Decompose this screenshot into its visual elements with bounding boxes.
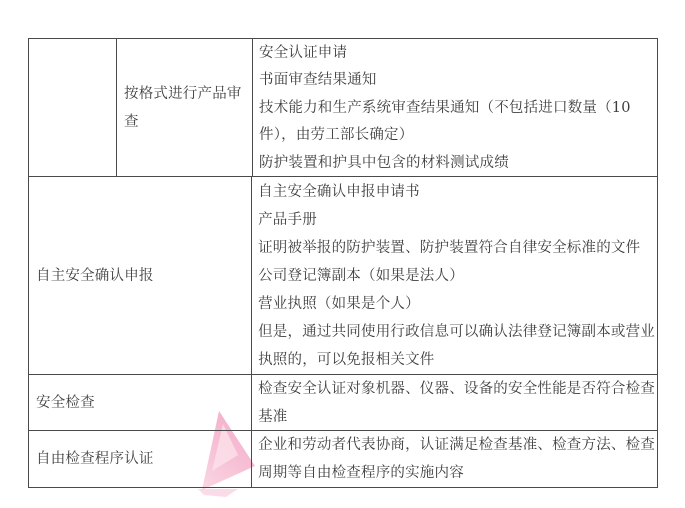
row-content-cell: 自主安全确认申报申请书 产品手册 证明被举报的防护装置、防护装置符合自律安全标准… bbox=[252, 177, 657, 374]
row-content-cell: 企业和劳动者代表协商，认证满足检查基准、检查方法、检查 周期等自由检查程序的实施… bbox=[252, 431, 657, 487]
row-label: 自由检查程序认证 bbox=[36, 445, 241, 473]
content-line: 公司登记簿副本（如果是法人） bbox=[258, 262, 655, 290]
content-line: 检查安全认证对象机器、仪器、设备的安全性能是否符合检查 bbox=[258, 375, 655, 403]
row-label-cell: 自主安全确认申报 bbox=[29, 177, 252, 374]
content-line: 但是，通过共同使用行政信息可以确认法律登记簿副本或营业 bbox=[258, 318, 655, 346]
row-sublabel: 按格式进行产品审查 bbox=[124, 80, 244, 136]
row-content-cell: 安全认证申请 书面审查结果通知 技术能力和生产系统审查结果通知（不包括进口数量（… bbox=[253, 39, 657, 176]
row-label-cell: 自由检查程序认证 bbox=[29, 431, 252, 487]
content-line: 基准 bbox=[258, 403, 655, 431]
pink-arrow-smudge bbox=[198, 489, 238, 497]
document-page: { "page": { "background": "#ffffff", "te… bbox=[0, 0, 685, 508]
content-line: 防护装置和护具中包含的材料测试成绩 bbox=[259, 149, 655, 176]
row-sublabel-cell: 按格式进行产品审查 bbox=[117, 39, 253, 176]
content-line: 营业执照（如果是个人） bbox=[258, 290, 655, 318]
table-row: 自主安全确认申报 自主安全确认申报申请书 产品手册 证明被举报的防护装置、防护装… bbox=[29, 176, 657, 374]
content-line: 技术能力和生产系统审查结果通知（不包括进口数量（10 bbox=[259, 94, 655, 121]
content-line: 安全认证申请 bbox=[259, 39, 655, 66]
empty-category-cell bbox=[29, 39, 117, 176]
content-line: 件），由劳工部长确定） bbox=[259, 121, 655, 148]
content-line: 证明被举报的防护装置、防护装置符合自律安全标准的文件 bbox=[258, 234, 655, 262]
content-line: 书面审查结果通知 bbox=[259, 66, 655, 93]
row-label-cell: 安全检查 bbox=[29, 375, 252, 430]
row-label: 自主安全确认申报 bbox=[36, 262, 241, 290]
content-line: 周期等自由检查程序的实施内容 bbox=[258, 459, 655, 487]
content-line: 产品手册 bbox=[258, 206, 655, 234]
content-line: 执照的，可以免报相关文件 bbox=[258, 346, 655, 374]
procedure-table: 按格式进行产品审查 安全认证申请 书面审查结果通知 技术能力和生产系统审查结果通… bbox=[28, 38, 658, 488]
table-row: 安全检查 检查安全认证对象机器、仪器、设备的安全性能是否符合检查 基准 bbox=[29, 374, 657, 430]
row-content-cell: 检查安全认证对象机器、仪器、设备的安全性能是否符合检查 基准 bbox=[252, 375, 657, 430]
table-row: 按格式进行产品审查 安全认证申请 书面审查结果通知 技术能力和生产系统审查结果通… bbox=[29, 39, 657, 176]
row-label: 安全检查 bbox=[36, 389, 241, 417]
content-line: 自主安全确认申报申请书 bbox=[258, 178, 655, 206]
table-row: 自由检查程序认证 企业和劳动者代表协商，认证满足检查基准、检查方法、检查 周期等… bbox=[29, 430, 657, 487]
content-line: 企业和劳动者代表协商，认证满足检查基准、检查方法、检查 bbox=[258, 431, 655, 459]
